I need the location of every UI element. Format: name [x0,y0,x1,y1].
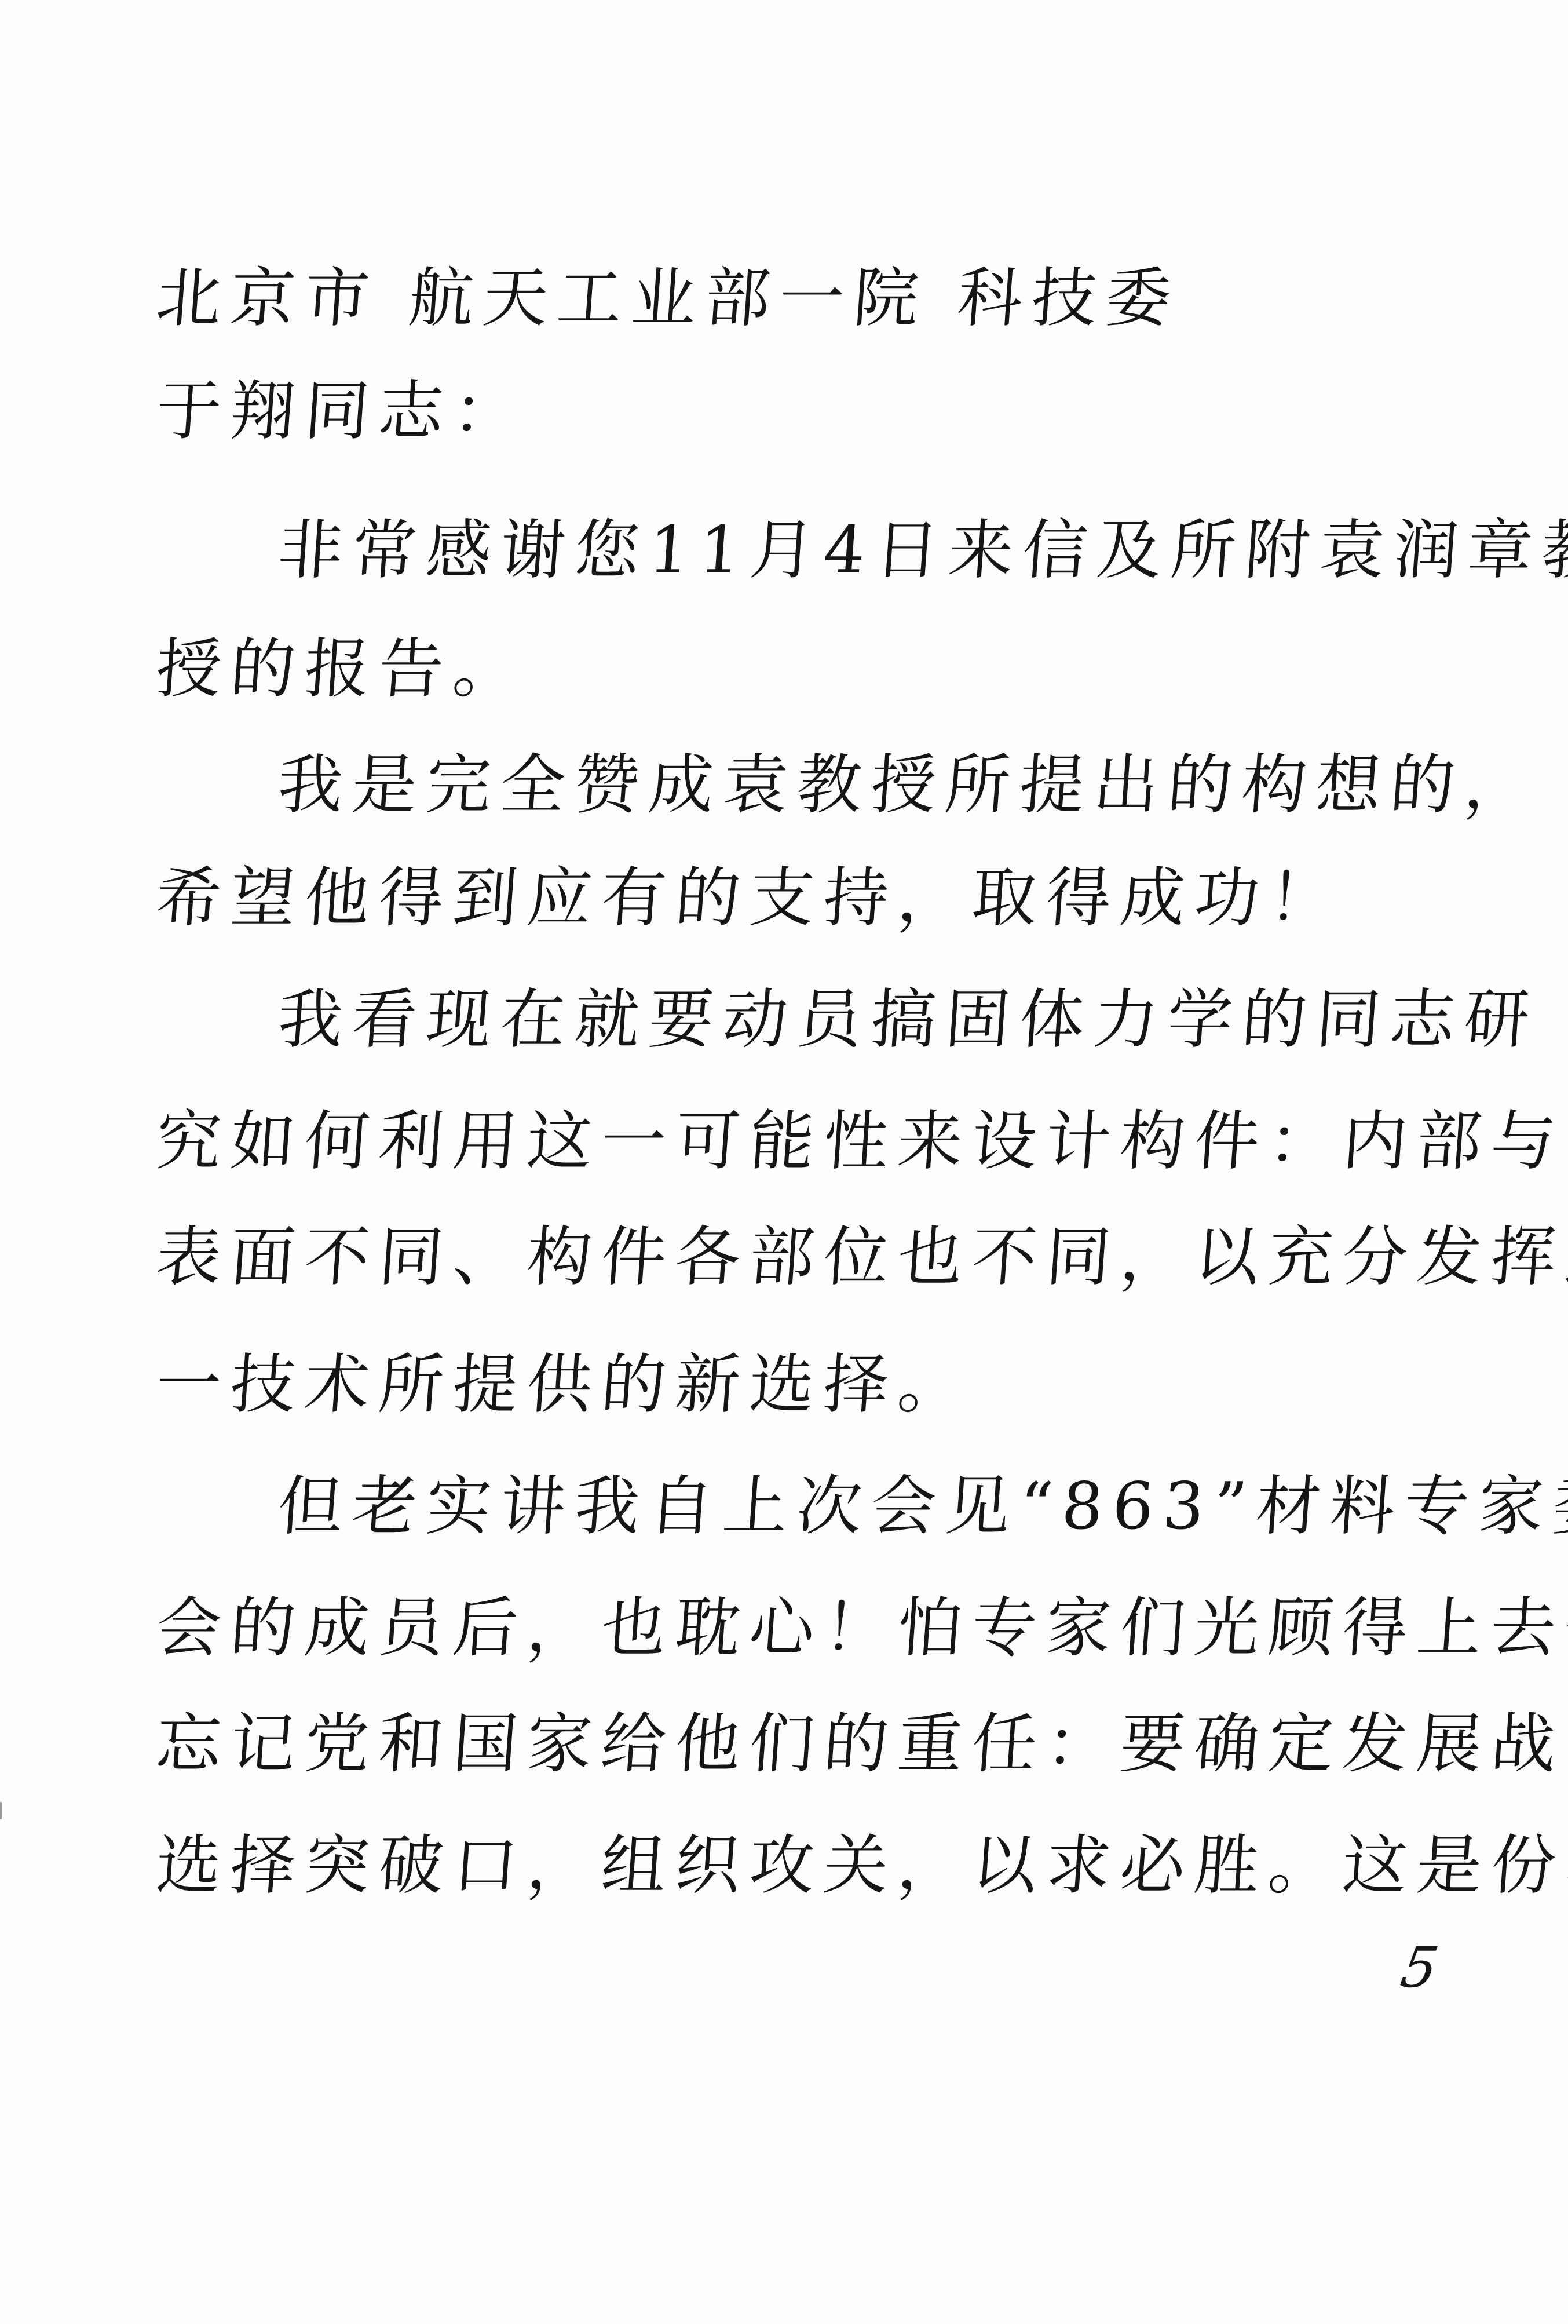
body-line: 一技术所提供的新选择。 [153,1344,975,1425]
body-line: 非常感谢您11月4日来信及所附袁润章教 [275,510,1568,591]
scan-edge-mark [0,1802,5,1819]
body-line: 忘记党和国家给他们的重任：要确定发展战略， [153,1703,1568,1785]
page-number: 5 [1396,1935,1443,2000]
body-line: 我是完全赞成袁教授所提出的构想的， [275,745,1541,826]
body-line: 究如何利用这一可能性来设计构件：内部与 [153,1101,1568,1182]
body-line: 表面不同、构件各部位也不同，以充分发挥这 [153,1217,1568,1298]
body-line: 希望他得到应有的支持，取得成功！ [153,858,1346,939]
body-line: 我看现在就要动员搞固体力学的同志研 [275,979,1541,1060]
body-line: 但老实讲我自上次会见“863”材料专家委员 [275,1466,1568,1547]
address-line: 北京市 航天工业部一院 科技委 [153,258,1183,339]
body-line: 选择突破口，组织攻关，以求必胜。这是份易不 [153,1825,1568,1906]
body-line: 授的报告。 [153,629,530,710]
salutation: 于翔同志： [153,371,530,452]
letter-page: 北京市 航天工业部一院 科技委 于翔同志： 非常感谢您11月4日来信及所附袁润章… [0,0,1568,2324]
body-line: 会的成员后，也耽心！怕专家们光顾得上去分钱， [153,1588,1568,1669]
